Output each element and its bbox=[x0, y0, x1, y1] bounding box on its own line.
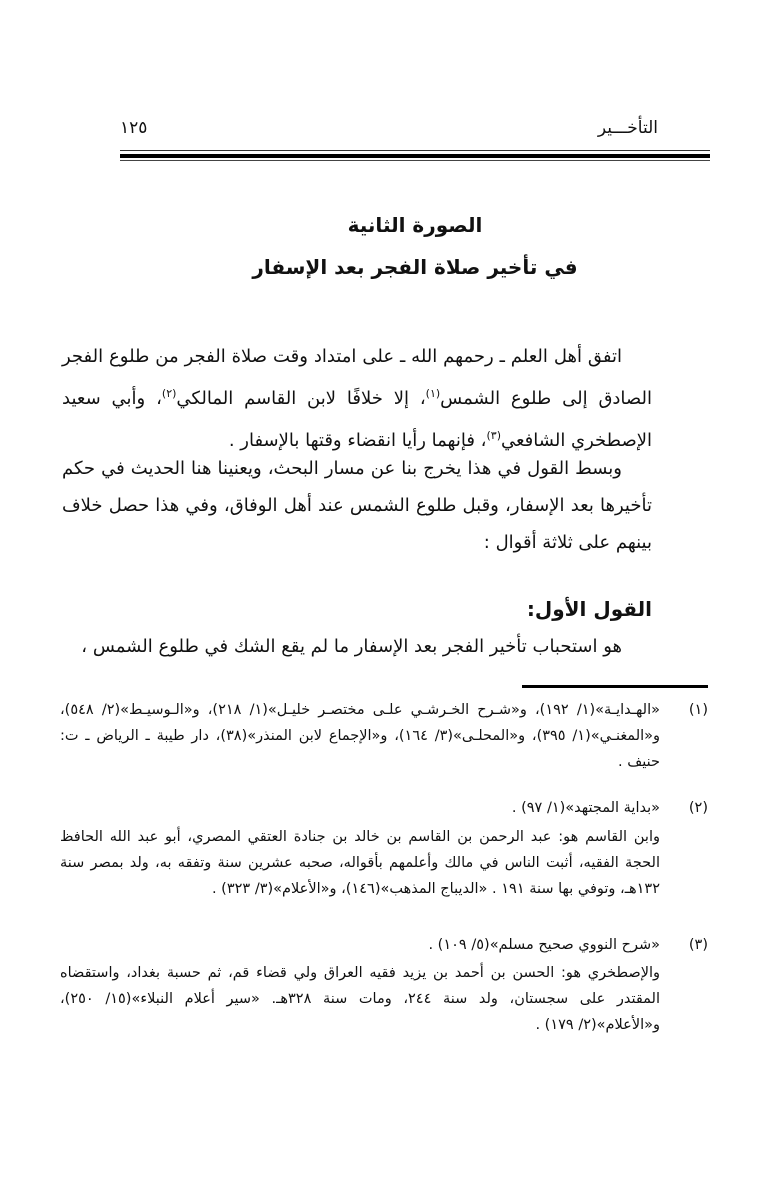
footnote-1: (١) «الهـدايـة»(١/ ١٩٢)، و«شـرح الخـرشـي… bbox=[60, 697, 708, 775]
paragraph-2-text: وبسط القول في هذا يخرج بنا عن مسار البحث… bbox=[62, 450, 652, 561]
paragraph-2: وبسط القول في هذا يخرج بنا عن مسار البحث… bbox=[62, 450, 652, 561]
footnote-1-number: (١) bbox=[668, 697, 708, 723]
footnote-3-number: (٣) bbox=[668, 932, 708, 958]
page-number: ١٢٥ bbox=[120, 118, 147, 138]
header-rule-thin-top bbox=[120, 150, 710, 151]
footnote-2-continuation: وابن القاسم هو: عبد الرحمن بن القاسم بن … bbox=[60, 824, 660, 902]
paragraph-1: اتفق أهل العلم ـ رحمهم الله ـ على امتداد… bbox=[62, 338, 652, 459]
paragraph-3: هو استحباب تأخير الفجر بعد الإسفار ما لم… bbox=[62, 628, 652, 665]
footnote-ref-3[interactable]: (٣) bbox=[486, 429, 501, 442]
footnote-separator bbox=[522, 685, 708, 688]
footnote-3-text: «شرح النووي صحيح مسلم»(٥/ ١٠٩) . bbox=[60, 932, 660, 958]
footnote-ref-1[interactable]: (١) bbox=[426, 387, 441, 400]
footnote-2-text: «بداية المجتهد»(١/ ٩٧) . bbox=[60, 795, 660, 821]
footnote-2-number: (٢) bbox=[668, 795, 708, 821]
footnote-3: (٣) «شرح النووي صحيح مسلم»(٥/ ١٠٩) . bbox=[60, 932, 708, 958]
book-page: التأخـــير ١٢٥ الصورة الثانية في تأخير ص… bbox=[0, 0, 770, 1195]
para1-text-b: ، إلا خلافًا لابن القاسم المالكي bbox=[176, 388, 425, 409]
running-header-title: التأخـــير bbox=[598, 118, 658, 138]
footnote-1-text: «الهـدايـة»(١/ ١٩٢)، و«شـرح الخـرشـي علـ… bbox=[60, 697, 660, 775]
header-rule-thick bbox=[120, 154, 710, 158]
first-opinion-heading: القول الأول: bbox=[527, 597, 652, 621]
footnote-3-continuation: والإصطخري هو: الحسن بن أحمد بن يزيد فقيه… bbox=[60, 960, 660, 1038]
para1-text-d: ، فإنهما رأيا انقضاء وقتها بالإسفار . bbox=[229, 430, 487, 451]
header-rule-thin-bottom bbox=[120, 160, 710, 161]
section-subtitle: في تأخير صلاة الفجر بعد الإسفار bbox=[120, 255, 710, 279]
section-title: الصورة الثانية bbox=[120, 213, 710, 237]
footnote-2: (٢) «بداية المجتهد»(١/ ٩٧) . bbox=[60, 795, 708, 821]
footnote-ref-2[interactable]: (٢) bbox=[162, 387, 177, 400]
